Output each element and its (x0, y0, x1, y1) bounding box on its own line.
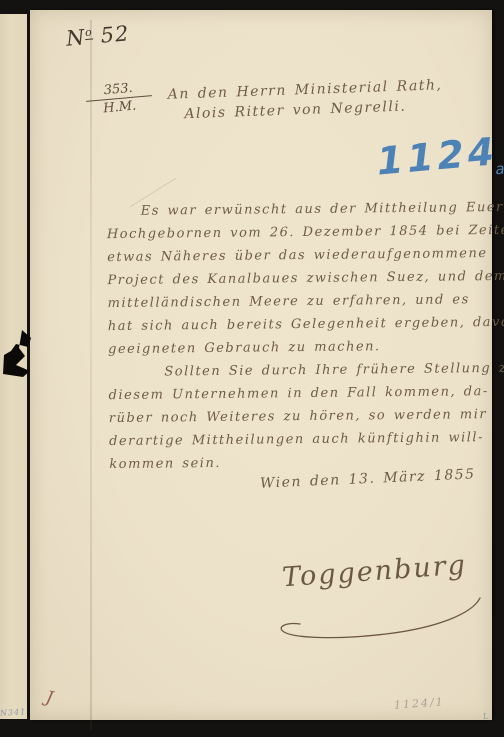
edge-note: N341 (0, 707, 27, 718)
handwritten-line: hat sich auch bereits Gelegenheit ergebe… (108, 311, 503, 338)
stamp-suffix: a (494, 159, 504, 178)
registry-number: 353. H.M. (85, 79, 154, 118)
letter-body: Es war erwünscht aus der Mittheilung Eue… (107, 196, 504, 476)
doc-number-sup: o (84, 25, 93, 40)
corner-mark: L (483, 712, 488, 721)
signature-flourish (266, 594, 484, 646)
document-scan: No 52 353. H.M. An den Herrn Ministerial… (0, 0, 504, 737)
recipient-line-2: Alois Ritter von Negrelli. (184, 97, 443, 122)
stamp-number: 1124 (374, 129, 501, 184)
handwritten-line: derartige Mittheilungen auch künftighin … (109, 426, 504, 453)
archive-number-stamp: 1124a (373, 128, 504, 189)
letter-page: No 52 353. H.M. An den Herrn Ministerial… (30, 10, 492, 720)
document-number: No 52 (65, 21, 130, 50)
seal-tear-mark (2, 328, 38, 386)
doc-number-value: 52 (100, 21, 131, 47)
doc-number-letter: N (65, 25, 86, 51)
recipient-address: An den Herrn Ministerial Rath, Alois Rit… (167, 77, 443, 123)
fold-crease (90, 20, 92, 730)
signature: Toggenburg (281, 550, 468, 594)
